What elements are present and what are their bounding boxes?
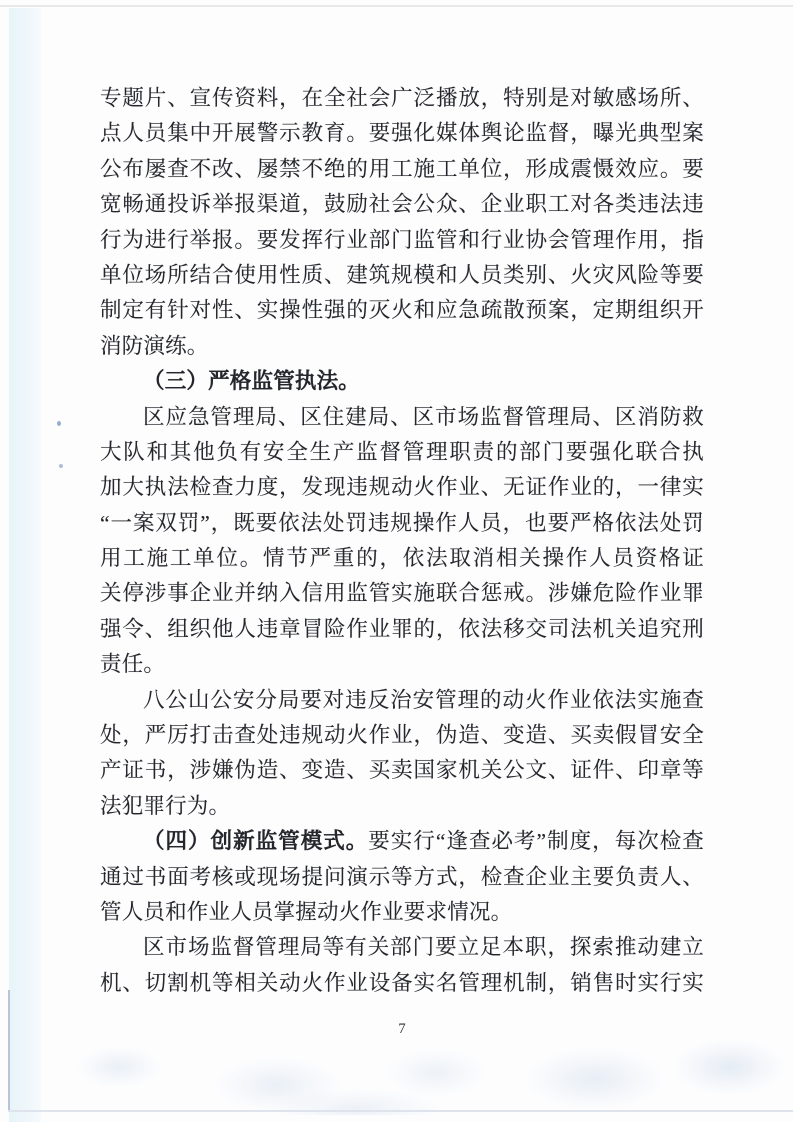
scanned-document-page: 专题片、宣传资料，在全社会广泛播放，特别是对敏感场所、重 点人员集中开展警示教育… <box>0 0 793 1122</box>
text-line: 关停涉事企业并纳入信用监管实施联合惩戒。涉嫌危险作业罪和 <box>100 576 704 611</box>
text-line: 加大执法检查力度，发现违规动火作业、无证作业的，一律实施 <box>100 470 704 505</box>
text-line: （四）创新监管模式。要实行“逢查必考”制度，每次检查 <box>100 824 704 859</box>
text-line: 行为进行举报。要发挥行业部门监管和行业协会管理作用，指导 <box>100 223 704 258</box>
text-run: 要实行“逢查必考”制度，每次检查 <box>368 829 704 853</box>
page-number: 7 <box>100 1021 704 1038</box>
text-line: 大队和其他负有安全生产监督管理职责的部门要强化联合执法， <box>100 435 704 470</box>
scan-edge-bottom <box>8 1110 793 1112</box>
document-body-text: 专题片、宣传资料，在全社会广泛播放，特别是对敏感场所、重 点人员集中开展警示教育… <box>100 81 704 1001</box>
scan-speck <box>59 464 63 468</box>
section-heading: （三）严格监管执法。 <box>100 364 704 399</box>
text-line: 制定有针对性、实操性强的灭火和应急疏散预案，定期组织开展 <box>100 293 704 328</box>
text-line: 宽畅通投诉举报渠道，鼓励社会公众、企业职工对各类违法违规 <box>100 187 704 222</box>
scan-speck <box>57 421 61 426</box>
text-line: 法犯罪行为。 <box>100 789 704 824</box>
text-line: 八公山公安分局要对违反治安管理的动火作业依法实施查 <box>100 683 704 718</box>
text-line: 处，严厉打击查处违规动火作业，伪造、变造、买卖假冒安全生 <box>100 718 704 753</box>
text-line: “一案双罚”，既要依法处罚违规操作人员，也要严格依法处罚 <box>100 506 704 541</box>
text-line: 通过书面考核或现场提问演示等方式，检查企业主要负责人、安 <box>100 860 704 895</box>
text-line: 公布屡查不改、屡禁不绝的用工施工单位，形成震慑效应。要拓 <box>100 152 704 187</box>
text-line: 点人员集中开展警示教育。要强化媒体舆论监督，曝光典型案例， <box>100 116 704 151</box>
text-line: 消防演练。 <box>100 329 704 364</box>
text-line: 强令、组织他人违章冒险作业罪的，依法移交司法机关追究刑事 <box>100 612 704 647</box>
text-line: 产证书，涉嫌伪造、变造、买卖国家机关公文、证件、印章等违 <box>100 753 704 788</box>
text-line: 机、切割机等相关动火作业设备实名管理机制，销售时实行实名 <box>100 966 704 1001</box>
text-line: 管人员和作业人员掌握动火作业要求情况。 <box>100 895 704 930</box>
text-line: 区应急管理局、区住建局、区市场监督管理局、区消防救援 <box>100 400 704 435</box>
text-line: 区市场监督管理局等有关部门要立足本职，探索推动建立焊 <box>100 930 704 965</box>
text-line: 用工施工单位。情节严重的，依法取消相关操作人员资格证书、 <box>100 541 704 576</box>
scan-edge-top <box>0 5 793 7</box>
scan-edge-left-band <box>9 8 41 1122</box>
scan-noise-texture <box>0 995 793 1115</box>
section-heading-inline: （四）创新监管模式。 <box>143 829 368 853</box>
text-line: 专题片、宣传资料，在全社会广泛播放，特别是对敏感场所、重 <box>100 81 704 116</box>
text-line: 责任。 <box>100 647 704 682</box>
text-line: 单位场所结合使用性质、建筑规模和人员类别、火灾风险等要素， <box>100 258 704 293</box>
